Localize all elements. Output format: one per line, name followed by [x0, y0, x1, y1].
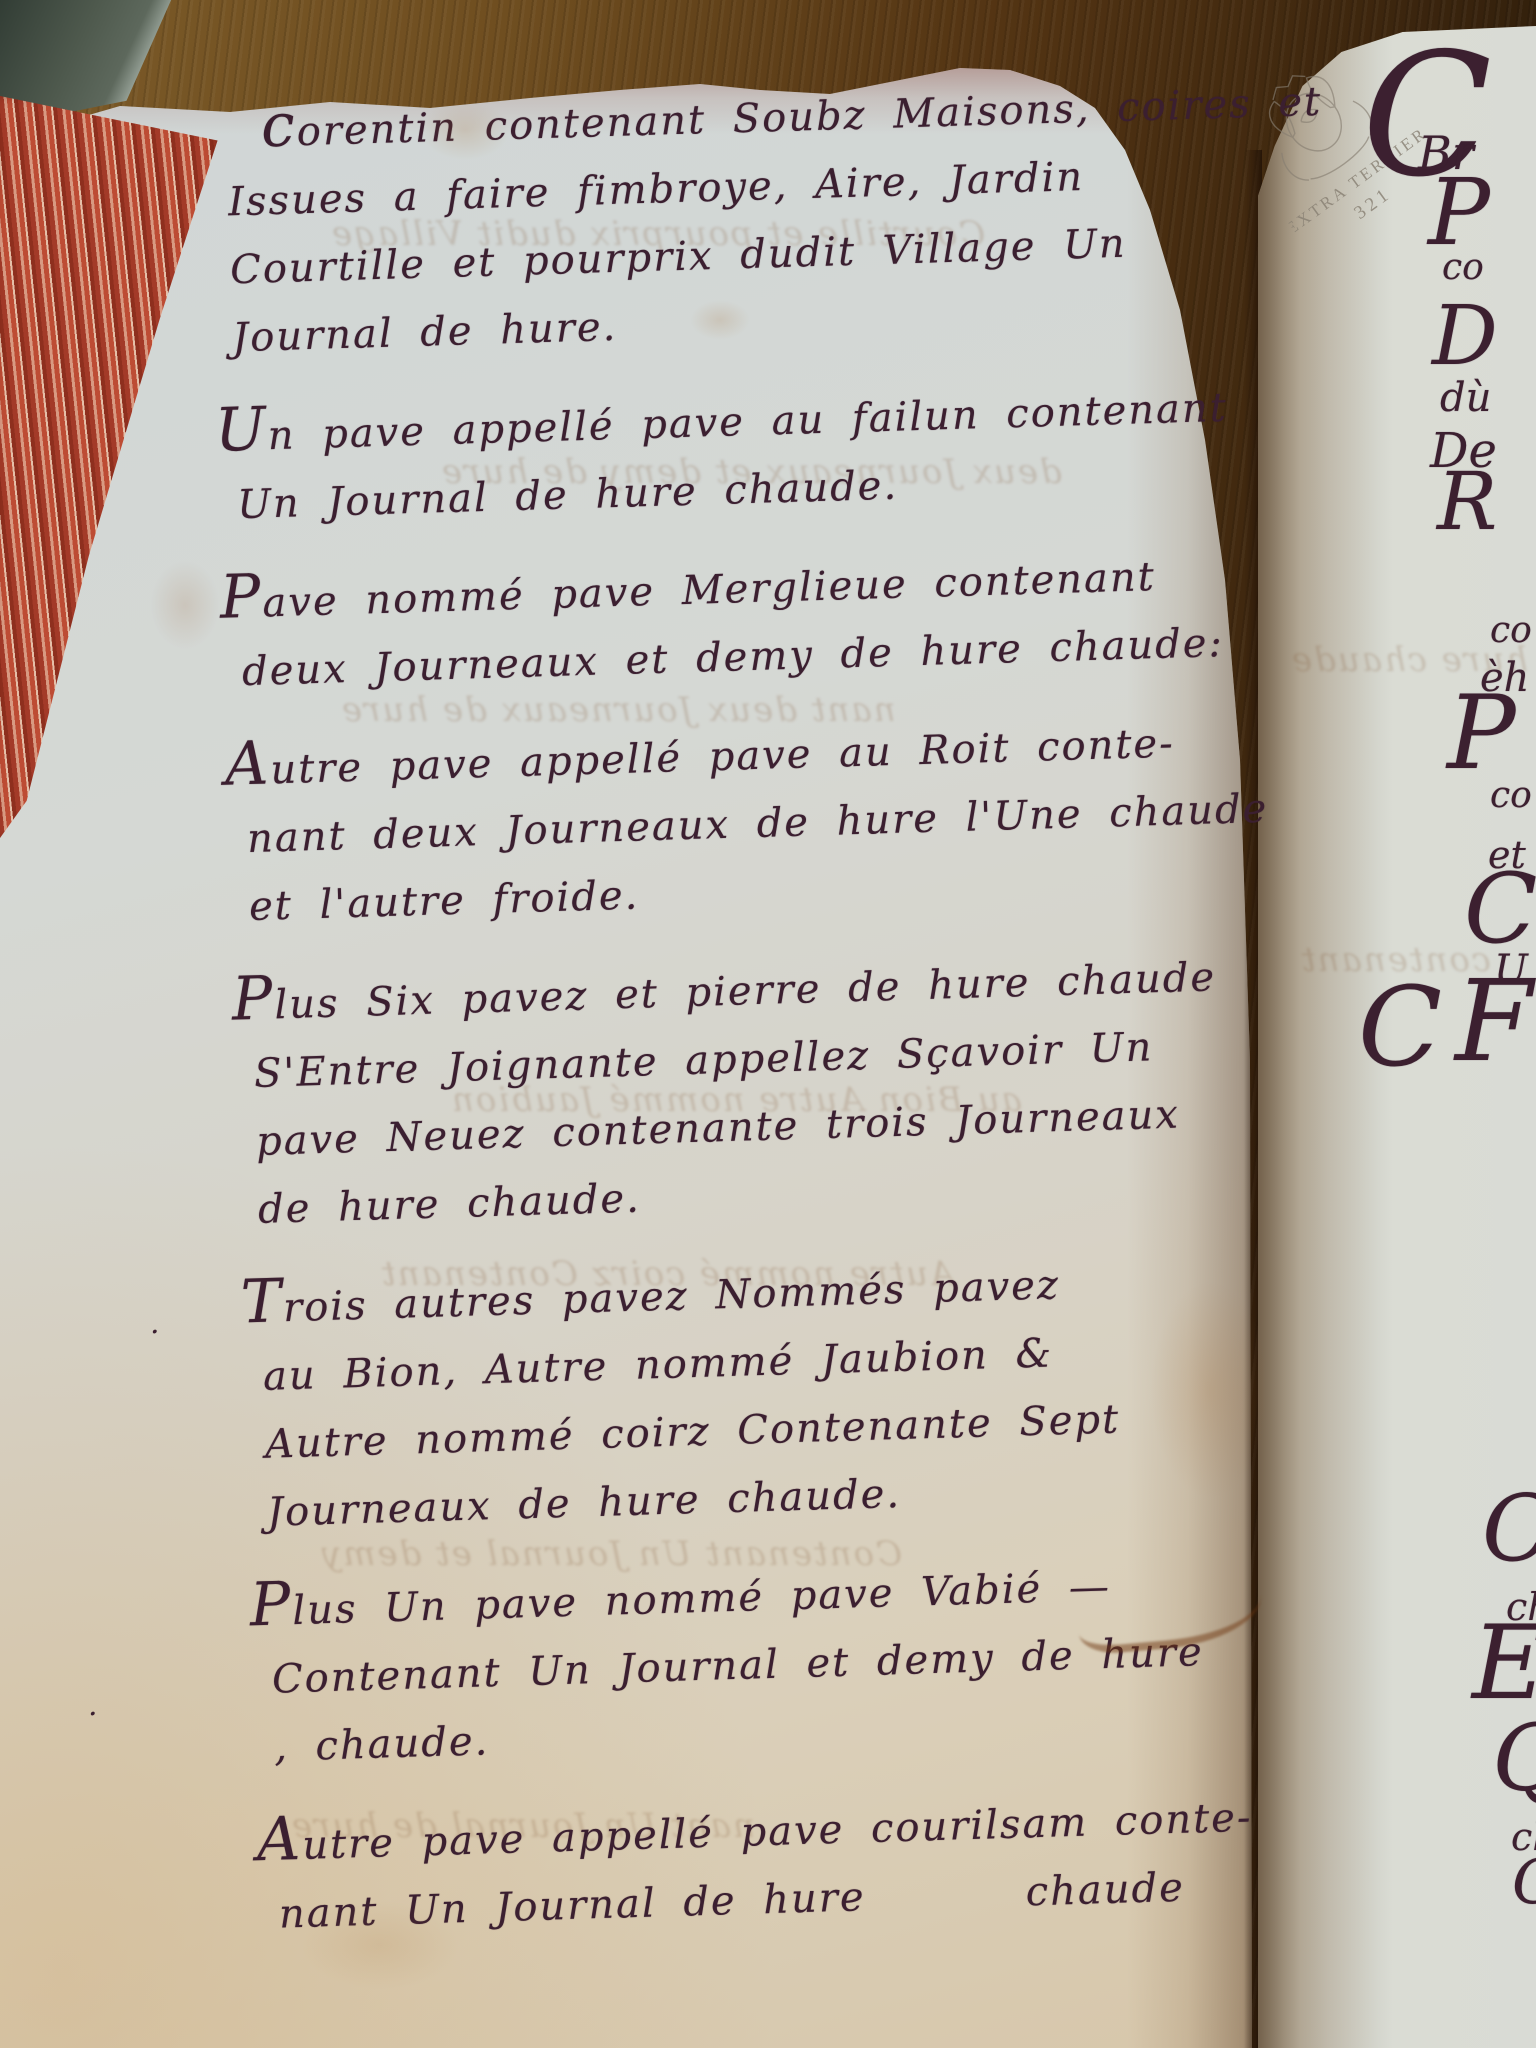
stain — [150, 560, 220, 650]
paragraph: corentin contenant Soubz Maisons, coires… — [225, 62, 1293, 372]
handwriting-fragment: C — [1512, 1854, 1536, 1910]
paragraph: Un pave appellé pave au failun contenant… — [234, 365, 1298, 539]
handwriting-fragment: P — [1428, 172, 1490, 255]
handwriting-fragment: C — [1464, 866, 1536, 952]
photo-of-open-manuscript-book: { "document": { "kind": "photograph of a… — [0, 0, 1536, 2048]
handwriting-fragment: F — [1455, 972, 1533, 1073]
paragraph: Autre pave appellé pave au Roit conte-na… — [244, 699, 1310, 941]
stain — [300, 1900, 460, 1990]
stain — [420, 100, 510, 160]
stain — [690, 300, 750, 340]
handwriting-fragment: co — [1490, 780, 1532, 812]
handwriting-fragment: co — [1442, 252, 1484, 284]
paragraph: Pave nommé pave Merglieue contenantdeux … — [239, 532, 1303, 706]
handwriting-fragment: D — [1432, 300, 1498, 374]
stain — [1150, 1280, 1270, 1500]
paragraph: Plus Un pave nommé pave Vabié —Contenant… — [269, 1539, 1335, 1781]
handwriting-fragment: E — [1472, 1618, 1536, 1710]
handwriting-fragment: C — [1358, 978, 1442, 1077]
margin-mark: . — [150, 1306, 160, 1341]
handwriting-fragment: C — [1482, 1488, 1536, 1571]
margin-mark: . — [88, 1688, 98, 1723]
handwriting-fragment: co — [1490, 615, 1532, 647]
handwriting-fragment: R — [1437, 466, 1497, 538]
paragraph: Plus Six pavez et pierre de hure chaudeS… — [251, 934, 1319, 1244]
manuscript-text: corentin contenant Soubz Maisons, coires… — [205, 62, 1340, 1973]
handwriting-fragment: P — [1447, 688, 1516, 780]
handwriting-fragment: Q — [1492, 1718, 1536, 1801]
handwriting-fragment: dù — [1440, 380, 1491, 416]
